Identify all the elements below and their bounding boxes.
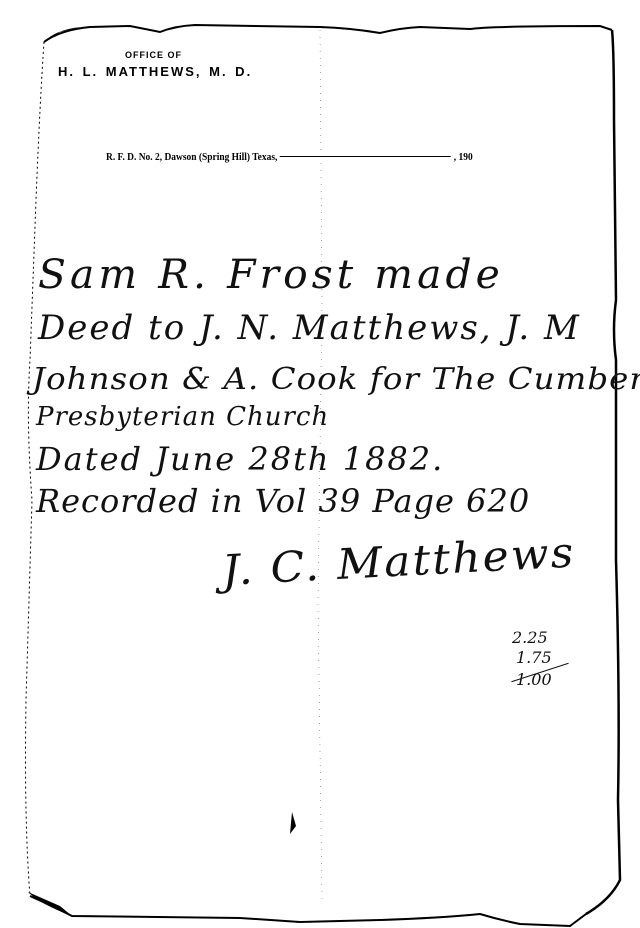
- letterhead-address-line: R. F. D. No. 2, Dawson (Spring Hill) Tex…: [106, 152, 473, 163]
- margin-calculation: 2.25 1.75 1.00: [508, 618, 578, 698]
- handwritten-line-6: Recorded in Vol 39 Page 620: [36, 482, 530, 520]
- date-blank-rule: [280, 156, 451, 157]
- address-text: R. F. D. No. 2, Dawson (Spring Hill) Tex…: [106, 152, 277, 163]
- handwritten-line-3: Johnson & A. Cook for The Cumberland: [32, 362, 640, 397]
- letterhead-physician-name: H. L. MATTHEWS, M. D.: [58, 64, 252, 79]
- signature: J. C. Matthews: [221, 528, 577, 595]
- handwritten-line-1: Sam R. Frost made: [38, 252, 504, 298]
- handwritten-line-5: Dated June 28th 1882.: [36, 440, 444, 478]
- handwritten-line-2: Deed to J. N. Matthews, J. M: [38, 308, 581, 348]
- year-prefix: , 190: [454, 152, 473, 163]
- letterhead-office-of: OFFICE OF: [125, 50, 182, 60]
- calc-value-2: 1.75: [516, 648, 552, 667]
- handwritten-line-4: Presbyterian Church: [36, 402, 329, 432]
- calc-value-1: 2.25: [512, 628, 548, 647]
- calc-value-3: 1.00: [516, 670, 552, 689]
